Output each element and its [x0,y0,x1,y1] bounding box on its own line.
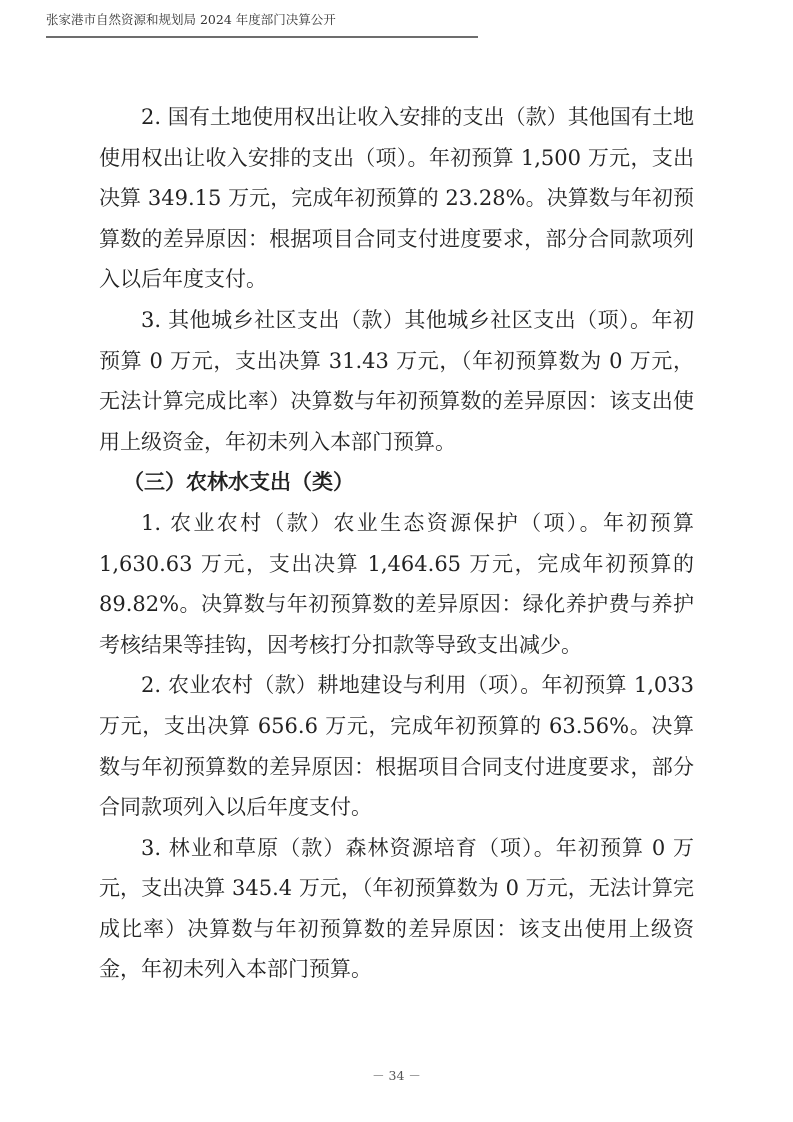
paragraph-farmland-construction: 2. 农业农村（款）耕地建设与利用（项）。年初预算 1,033 万元，支出决算 … [99,665,694,827]
paragraph-ecological-protection: 1. 农业农村（款）农业生态资源保护（项）。年初预算 1,630.63 万元，支… [99,503,694,665]
paragraph-urban-rural-other: 3. 其他城乡社区支出（款）其他城乡社区支出（项）。年初预算 0 万元，支出决算… [99,300,694,462]
page-header-title: 张家港市自然资源和规划局 2024 年度部门决算公开 [46,10,336,28]
section-heading-agriculture-forestry-water: （三）农林水支出（类） [99,462,694,503]
page-number: － 34 － [0,1066,793,1084]
paragraph-forest-cultivation: 3. 林业和草原（款）森林资源培育（项）。年初预算 0 万元，支出决算 345.… [99,828,694,990]
document-body: 2. 国有土地使用权出让收入安排的支出（款）其他国有土地使用权出让收入安排的支出… [99,97,694,990]
paragraph-land-use-other: 2. 国有土地使用权出让收入安排的支出（款）其他国有土地使用权出让收入安排的支出… [99,97,694,300]
header-divider [46,36,478,38]
